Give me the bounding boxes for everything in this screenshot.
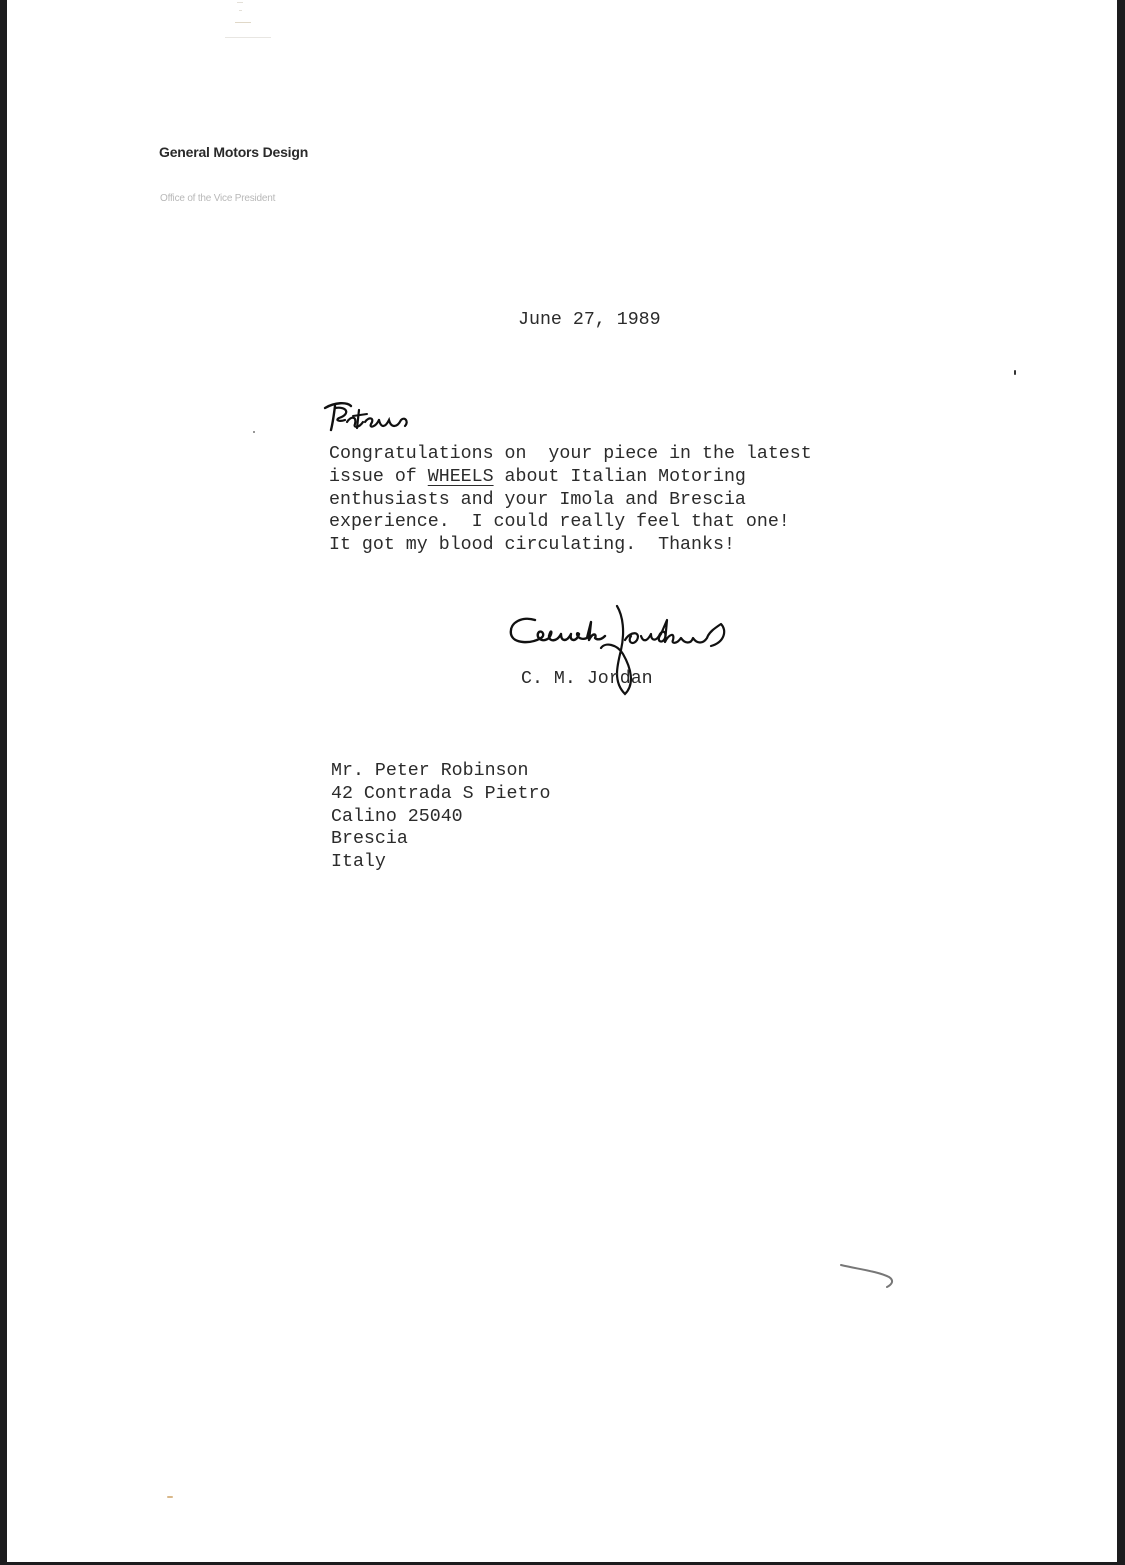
address-line: Brescia	[331, 828, 550, 851]
address-line: 42 Contrada S Pietro	[331, 783, 550, 806]
handwritten-salutation: Peter	[321, 396, 421, 438]
letterhead-company: General Motors Design	[159, 144, 308, 160]
address-line: Italy	[331, 851, 550, 874]
body-line: issue of WHEELS about Italian Motoring	[329, 466, 812, 489]
body-line: enthusiasts and your Imola and Brescia	[329, 489, 812, 512]
stray-pen-mark	[837, 1255, 907, 1295]
ink-speck	[253, 431, 255, 433]
recipient-address: Mr. Peter Robinson 42 Contrada S Pietro …	[331, 760, 550, 874]
letterhead-office: Office of the Vice President	[160, 193, 275, 204]
address-line: Mr. Peter Robinson	[331, 760, 550, 783]
body-line: Congratulations on your piece in the lat…	[329, 443, 812, 466]
ink-speck	[167, 1496, 173, 1498]
signer-name: C. M. Jordan	[521, 668, 653, 691]
body-line: experience. I could really feel that one…	[329, 511, 812, 534]
address-line: Calino 25040	[331, 806, 550, 829]
letter-body: Congratulations on your piece in the lat…	[329, 443, 812, 557]
faded-stamp-mark	[225, 0, 271, 40]
letter-page: General Motors Design Office of the Vice…	[7, 0, 1117, 1562]
body-line: It got my blood circulating. Thanks!	[329, 534, 812, 557]
magazine-title: WHEELS	[428, 467, 494, 487]
letter-date: June 27, 1989	[518, 309, 661, 332]
ink-speck	[1014, 370, 1016, 375]
